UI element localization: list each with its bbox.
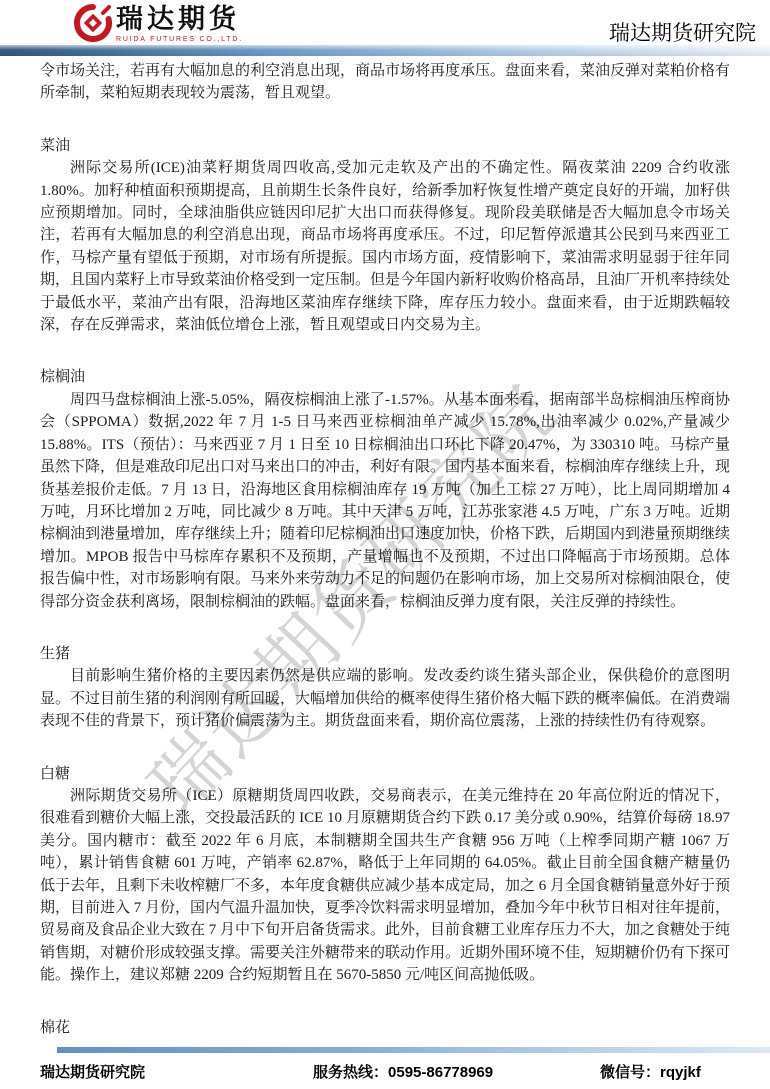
section-heading-white-sugar: 白糖	[40, 763, 730, 785]
section-body-live-hogs: 目前影响生猪价格的主要因素仍然是供应端的影响。发改委约谈生猪头部企业，保供稳价的…	[40, 665, 730, 732]
section-heading-live-hogs: 生猪	[40, 643, 730, 665]
brand-name-cn: 瑞达期货	[116, 3, 243, 35]
hotline-label: 服务热线：	[313, 1064, 388, 1081]
footer-org-name: 瑞达期货研究院	[40, 1061, 313, 1082]
header-divider-bar	[0, 45, 770, 56]
brand-text: 瑞达期货 RUIDA FUTURES CO.,LTD.	[116, 3, 243, 43]
company-logo: 瑞达期货 RUIDA FUTURES CO.,LTD.	[73, 3, 243, 43]
wechat-id: rqyjkf	[660, 1064, 701, 1081]
intro-paragraph: 令市场关注，若再有大幅加息的利空消息出现，商品市场将再度承压。盘面来看，菜油反弹…	[40, 60, 730, 105]
header-institute-title: 瑞达期货研究院	[609, 17, 756, 47]
section-heading-cotton: 棉花	[40, 1017, 730, 1039]
ruida-logo-icon	[73, 3, 113, 43]
section-body-rapeseed-oil: 洲际交易所(ICE)油菜籽期货周四收高,受加元走软及产出的不确定性。隔夜菜油 2…	[40, 157, 730, 336]
page-footer: 瑞达期货研究院 服务热线：0595-86778969 微信号：rqyjkf	[0, 1041, 770, 1089]
section-heading-rapeseed-oil: 菜油	[40, 135, 730, 157]
section-body-white-sugar: 洲际期货交易所（ICE）原糖期货周四收跌，交易商表示，在美元维持在 20 年高位…	[40, 785, 730, 987]
footer-hotline: 服务热线：0595-86778969	[313, 1061, 600, 1082]
section-body-palm-oil: 周四马盘棕榈油上涨-5.05%，隔夜棕榈油上涨了-1.57%。从基本面来看，据南…	[40, 389, 730, 613]
page-header: 瑞达期货 RUIDA FUTURES CO.,LTD. 瑞达期货研究院	[0, 0, 770, 57]
wechat-label: 微信号：	[600, 1064, 660, 1081]
hotline-number: 0595-86778969	[388, 1064, 493, 1081]
report-body: 令市场关注，若再有大幅加息的利空消息出现，商品市场将再度承压。盘面来看，菜油反弹…	[40, 60, 730, 1084]
footer-wechat: 微信号：rqyjkf	[600, 1061, 730, 1082]
brand-name-en: RUIDA FUTURES CO.,LTD.	[116, 36, 243, 43]
section-heading-palm-oil: 棕榈油	[40, 366, 730, 388]
footer-info-row: 瑞达期货研究院 服务热线：0595-86778969 微信号：rqyjkf	[40, 1061, 730, 1082]
report-page: 瑞达期货 RUIDA FUTURES CO.,LTD. 瑞达期货研究院 瑞达期货…	[0, 0, 770, 1089]
footer-divider-bar	[57, 1047, 770, 1053]
